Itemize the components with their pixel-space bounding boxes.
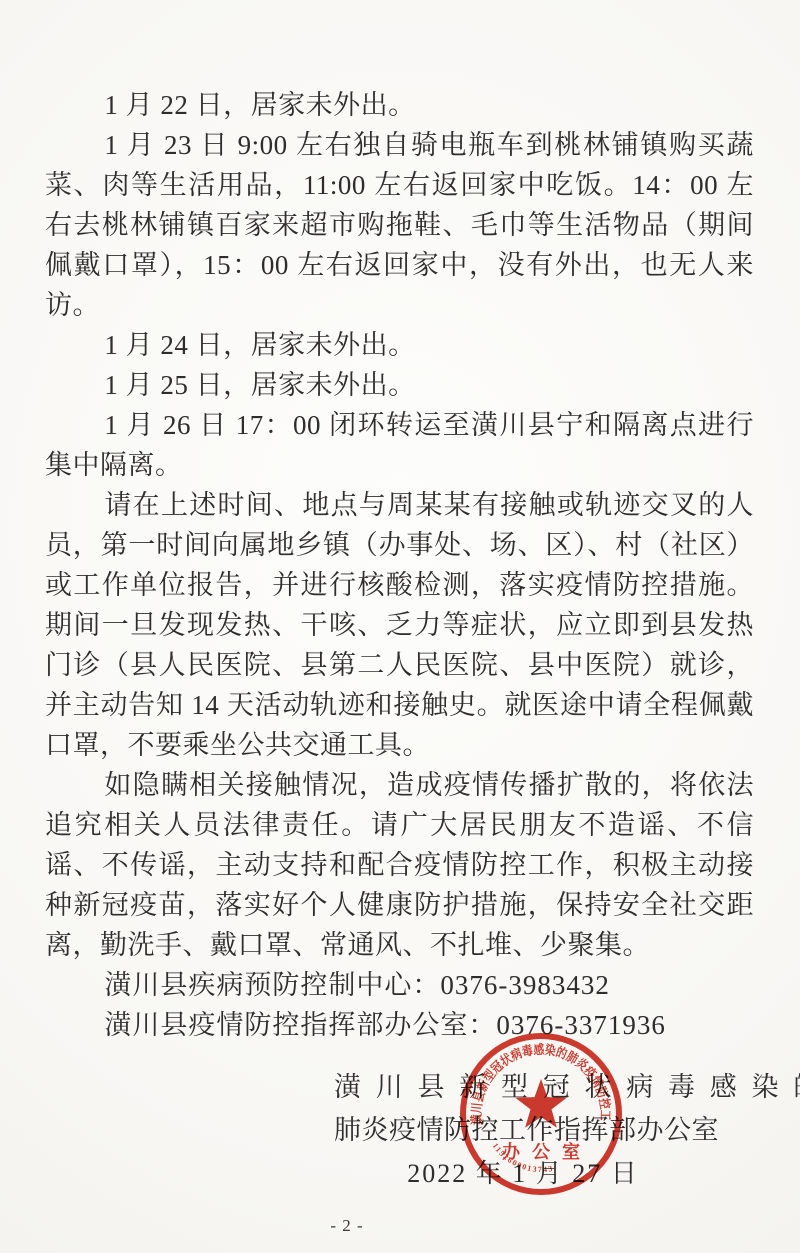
paragraph-contact-tracing-notice: 请在上述时间、地点与周某某有接触或轨迹交叉的人员，第一时间向属地乡镇（办事处、场… (45, 485, 754, 765)
signature-date: 2022 年 1 月 27 日 (334, 1152, 712, 1195)
signature-org-line1: 潢 川 县 新 型 冠 状 病 毒 感 染 的 (334, 1066, 712, 1109)
document-body: 1 月 22 日，居家未外出。 1 月 23 日 9:00 左右独自骑电瓶车到桃… (45, 85, 754, 1045)
command-office-phone-line: 潢川县疫情防控指挥部办公室：0376-3371936 (45, 1005, 754, 1045)
signature-org-line2: 肺炎疫情防控工作指挥部办公室 (334, 1109, 712, 1152)
signature-block: 潢 川 县 新 型 冠 状 病 毒 感 染 的 肺炎疫情防控工作指挥部办公室 2… (334, 1066, 712, 1195)
paragraph-jan23: 1 月 23 日 9:00 左右独自骑电瓶车到桃林铺镇购买蔬菜、肉等生活用品，1… (45, 125, 754, 325)
paragraph-legal-warning: 如隐瞒相关接触情况，造成疫情传播扩散的，将依法追究相关人员法律责任。请广大居民朋… (45, 765, 754, 965)
paragraph-jan26: 1 月 26 日 17：00 闭环转运至潢川县宁和隔离点进行集中隔离。 (45, 405, 754, 485)
paragraph-jan22: 1 月 22 日，居家未外出。 (45, 85, 754, 125)
paragraph-jan24: 1 月 24 日，居家未外出。 (45, 325, 754, 365)
cdc-phone-line: 潢川县疾病预防控制中心：0376-3983432 (45, 965, 754, 1005)
scanned-document-page: 1 月 22 日，居家未外出。 1 月 23 日 9:00 左右独自骑电瓶车到桃… (0, 0, 800, 1253)
paragraph-jan25: 1 月 25 日，居家未外出。 (45, 365, 754, 405)
page-number: - 2 - (302, 1216, 392, 1236)
